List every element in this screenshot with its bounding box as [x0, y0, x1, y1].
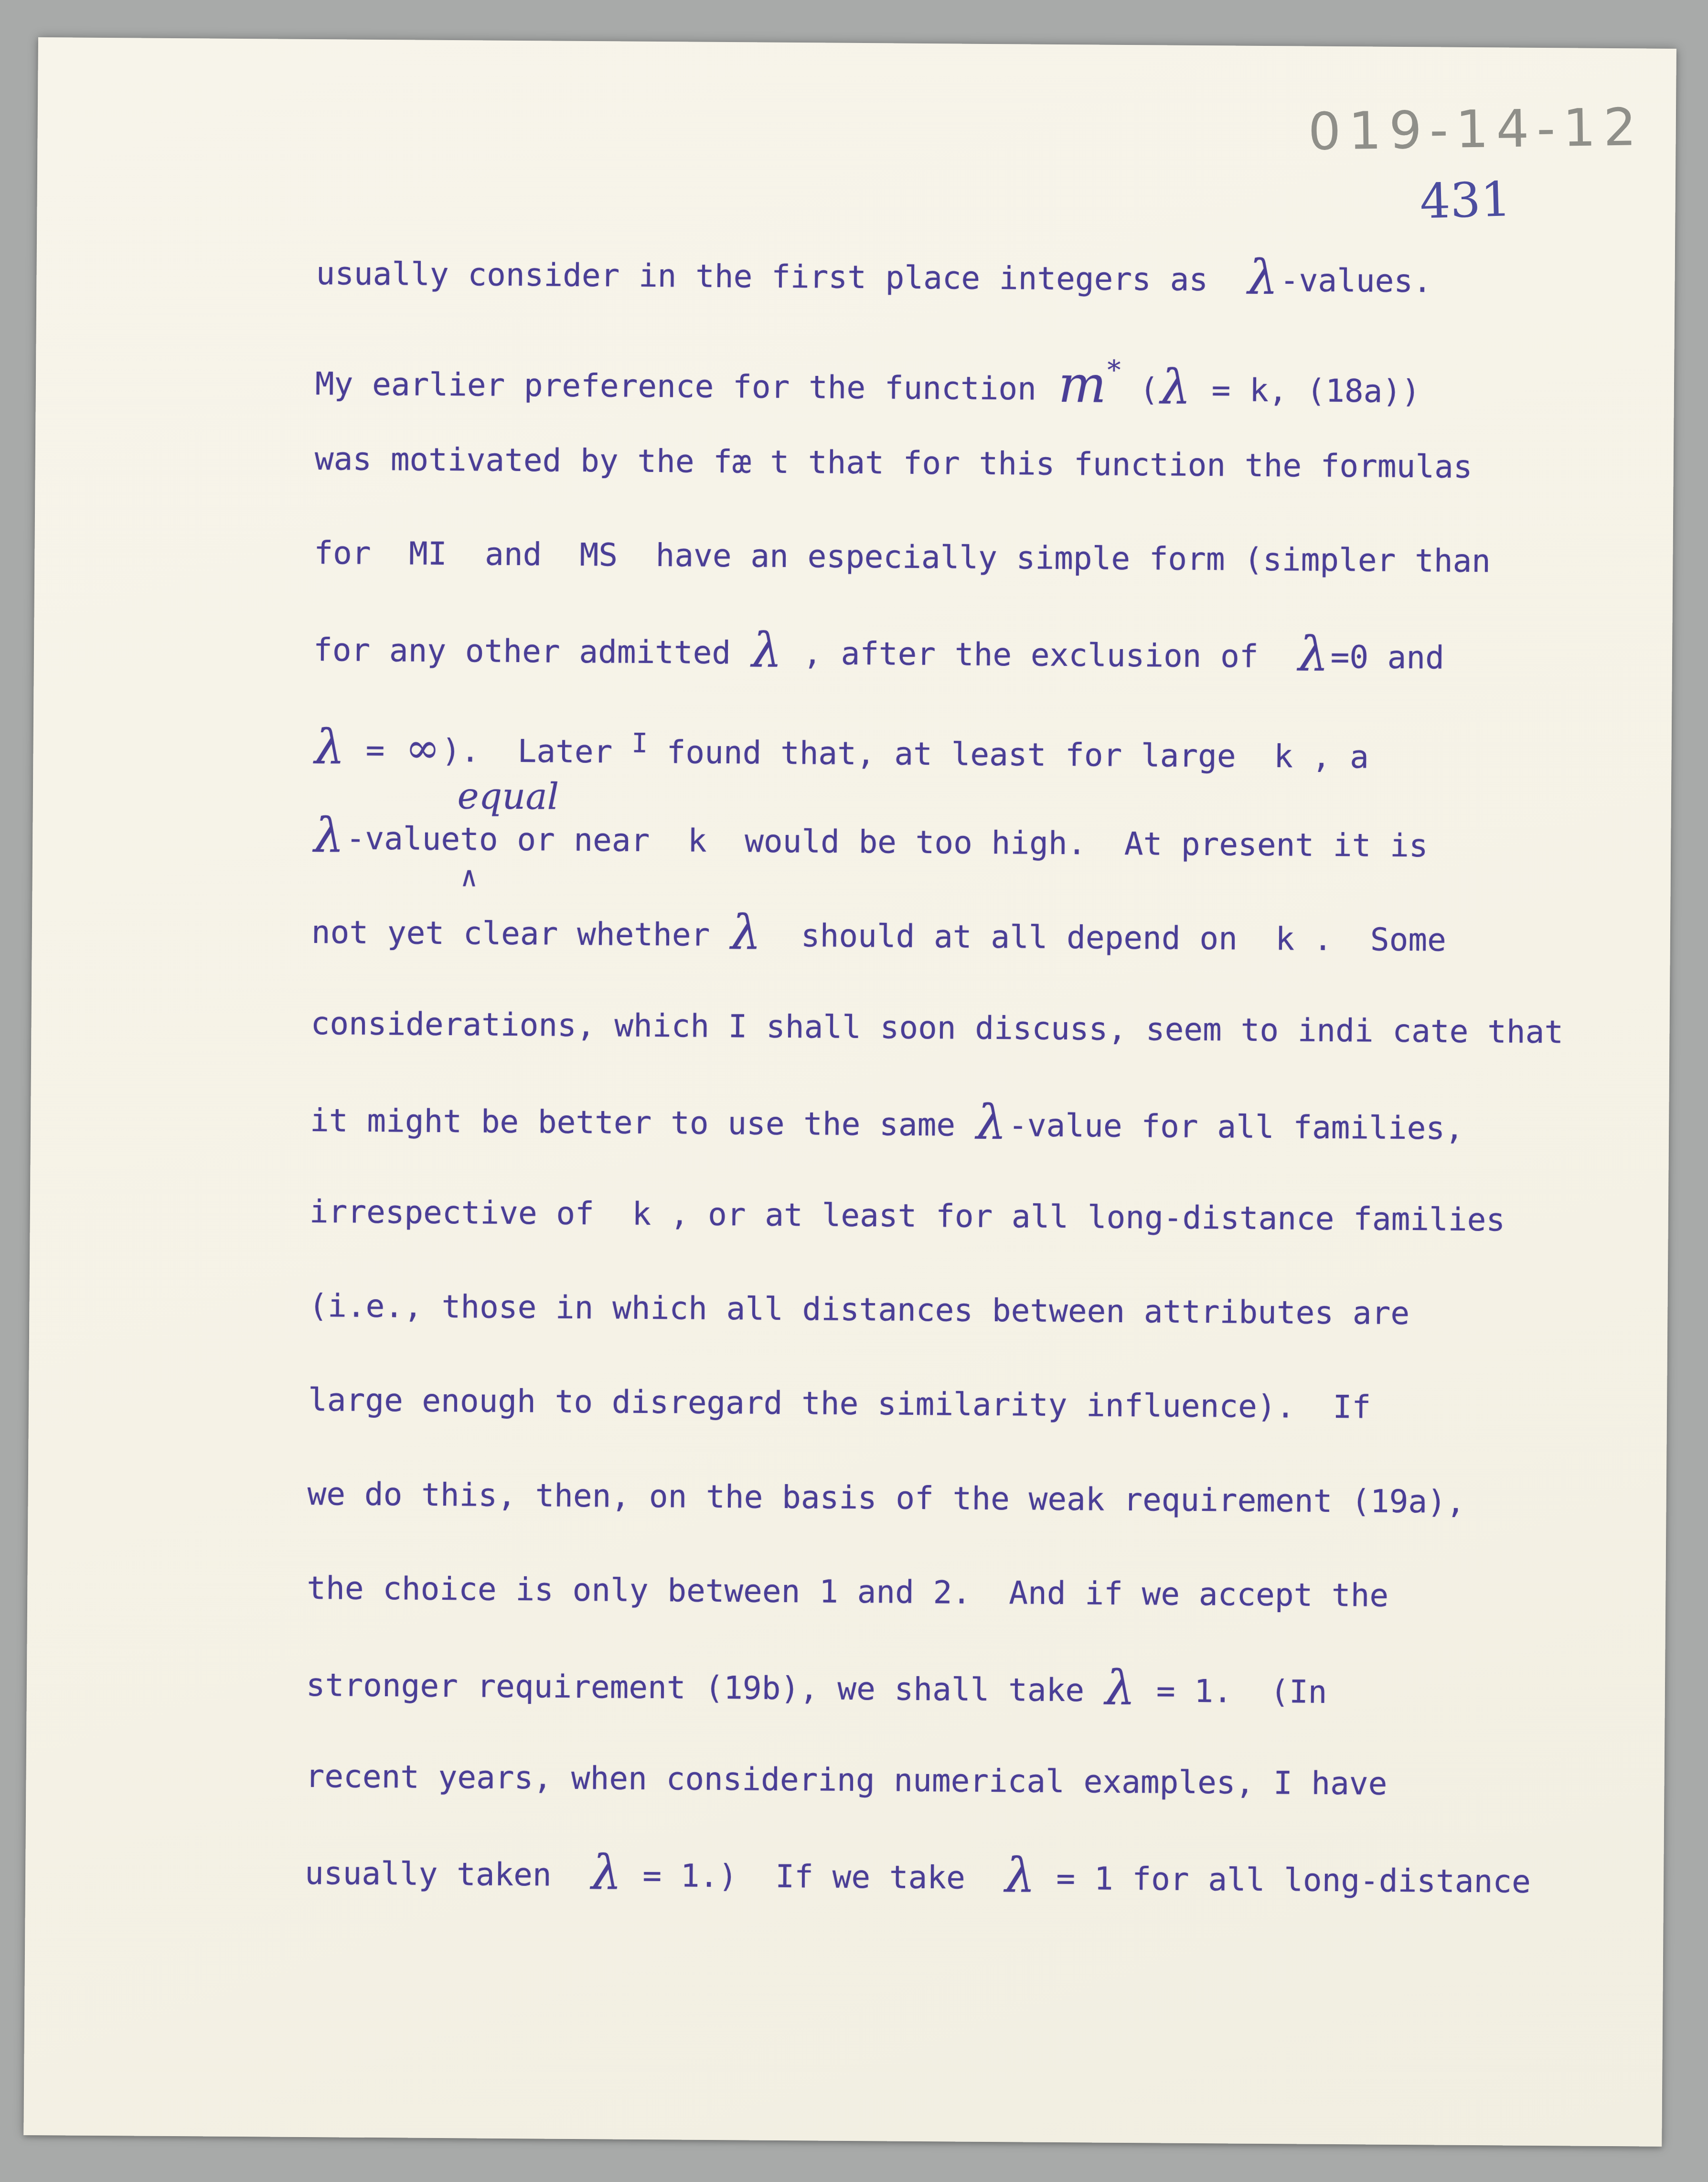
handwritten-lambda: λ: [589, 1844, 624, 1900]
typescript-body: usually consider in the first place inte…: [305, 224, 1635, 1926]
handwritten-lambda: λ: [1296, 626, 1331, 682]
typed-text: should at all depend on k . Some: [763, 917, 1446, 959]
typed-text: considerations, which I shall soon discu…: [310, 1005, 1563, 1050]
typescript-line-13: large enough to disregard the similarity…: [308, 1353, 1626, 1456]
typed-text: large enough to disregard the similarity…: [308, 1381, 1371, 1426]
typed-text: =: [347, 732, 404, 769]
typed-text: My earlier preference for the function: [315, 365, 1056, 407]
raised-typed-character: I: [631, 728, 648, 759]
typescript-line-14: we do this, then, on the basis of the we…: [307, 1447, 1626, 1550]
typed-text: for MI and MS have an especially simple …: [314, 535, 1491, 579]
handwritten-insertion-word: equal: [457, 749, 559, 843]
typescript-line-3: was motivated by the fæ t that for this …: [314, 412, 1633, 515]
asterisk-superscript: *: [1107, 355, 1121, 386]
typed-text: the choice is only between 1 and 2. And …: [307, 1570, 1388, 1614]
scanner-background: { "page": { "archive_id": "019-14-12", "…: [0, 0, 1708, 2182]
typed-text: was motivated by the fæ t that for this …: [315, 440, 1473, 485]
typescript-line-1: usually consider in the first place inte…: [316, 224, 1634, 327]
typed-text: (i.e., those in which all distances betw…: [309, 1287, 1409, 1332]
typed-text: = k, (18a)): [1193, 372, 1420, 410]
handwritten-lambda: λ: [974, 1094, 1009, 1150]
typed-text: we do this, then, on the basis of the we…: [307, 1476, 1465, 1520]
typescript-line-4: for MI and MS have an especially simple …: [314, 506, 1633, 609]
typed-text: for any other admitted: [313, 631, 750, 671]
handwritten-lambda: λ: [750, 622, 784, 678]
handwritten-m-star-function: m*: [1055, 355, 1121, 414]
typescript-line-16: stronger requirement (19b), we shall tak…: [306, 1635, 1624, 1738]
typed-text: = 1 for all long-distance: [1037, 1860, 1531, 1900]
handwritten-lambda: λ: [729, 904, 763, 960]
typescript-line-9: considerations, which I shall soon discu…: [310, 976, 1629, 1080]
handwritten-lambda: λ: [1003, 1847, 1037, 1903]
handwritten-lambda: λ: [1246, 249, 1280, 305]
typed-text: =0 and: [1330, 639, 1444, 676]
handwritten-lambda: λ: [312, 807, 346, 863]
typescript-line-2: My earlier preference for the function m…: [315, 318, 1634, 421]
typed-text: -values.: [1280, 262, 1432, 299]
handwritten-lambda: λ: [1158, 359, 1193, 415]
typed-text: recent years, when considering numerical…: [305, 1758, 1387, 1802]
typescript-line-8: not yet clear whether λ should at all de…: [311, 882, 1630, 985]
typed-text: to or near k would be too high. At prese…: [460, 821, 1428, 864]
handwritten-archive-id: 019-14-12: [1308, 97, 1644, 162]
typed-text: usually consider in the first place inte…: [316, 255, 1246, 299]
typed-text: (: [1121, 371, 1159, 408]
manuscript-paper-sheet: 019-14-12 431 usually consider in the fi…: [23, 37, 1676, 2147]
typed-text: = 1. (In: [1137, 1672, 1327, 1711]
typescript-line-17: recent years, when considering numerical…: [305, 1729, 1624, 1832]
typescript-line-15: the choice is only between 1 and 2. And …: [307, 1541, 1625, 1644]
typed-text: not yet clear whether: [311, 914, 729, 953]
insertion-caret: ∧: [460, 830, 478, 924]
typescript-line-5: for any other admitted λ , after the exc…: [313, 600, 1632, 703]
typed-text: , after the exclusion of: [784, 635, 1296, 675]
typescript-line-12: (i.e., those in which all distances betw…: [309, 1259, 1627, 1362]
typed-text: it might be better to use the same: [310, 1102, 974, 1144]
typed-text: = 1.) If we take: [623, 1857, 1003, 1897]
typed-text: -value for all families,: [1008, 1107, 1464, 1147]
typed-text: usually taken: [305, 1855, 590, 1893]
handwritten-infinity: ∞: [404, 724, 442, 772]
typescript-line-10: it might be better to use the same λ-val…: [310, 1070, 1629, 1174]
typescript-line-7: λ-valueequal∧to or near k would be too h…: [312, 788, 1631, 891]
typescript-line-11: irrespective of k , or at least for all …: [309, 1165, 1628, 1268]
typed-text: -value: [346, 820, 460, 858]
typed-text: found that, at least for large k , a: [648, 734, 1369, 776]
handwritten-lambda: λ: [1103, 1660, 1137, 1716]
typescript-line-18: usually taken λ = 1.) If we take λ = 1 f…: [305, 1823, 1623, 1926]
handwritten-lambda: λ: [312, 719, 347, 775]
handwritten-page-number: 431: [1419, 171, 1512, 229]
typed-text: stronger requirement (19b), we shall tak…: [306, 1667, 1103, 1709]
typed-text: irrespective of k , or at least for all …: [310, 1193, 1505, 1238]
